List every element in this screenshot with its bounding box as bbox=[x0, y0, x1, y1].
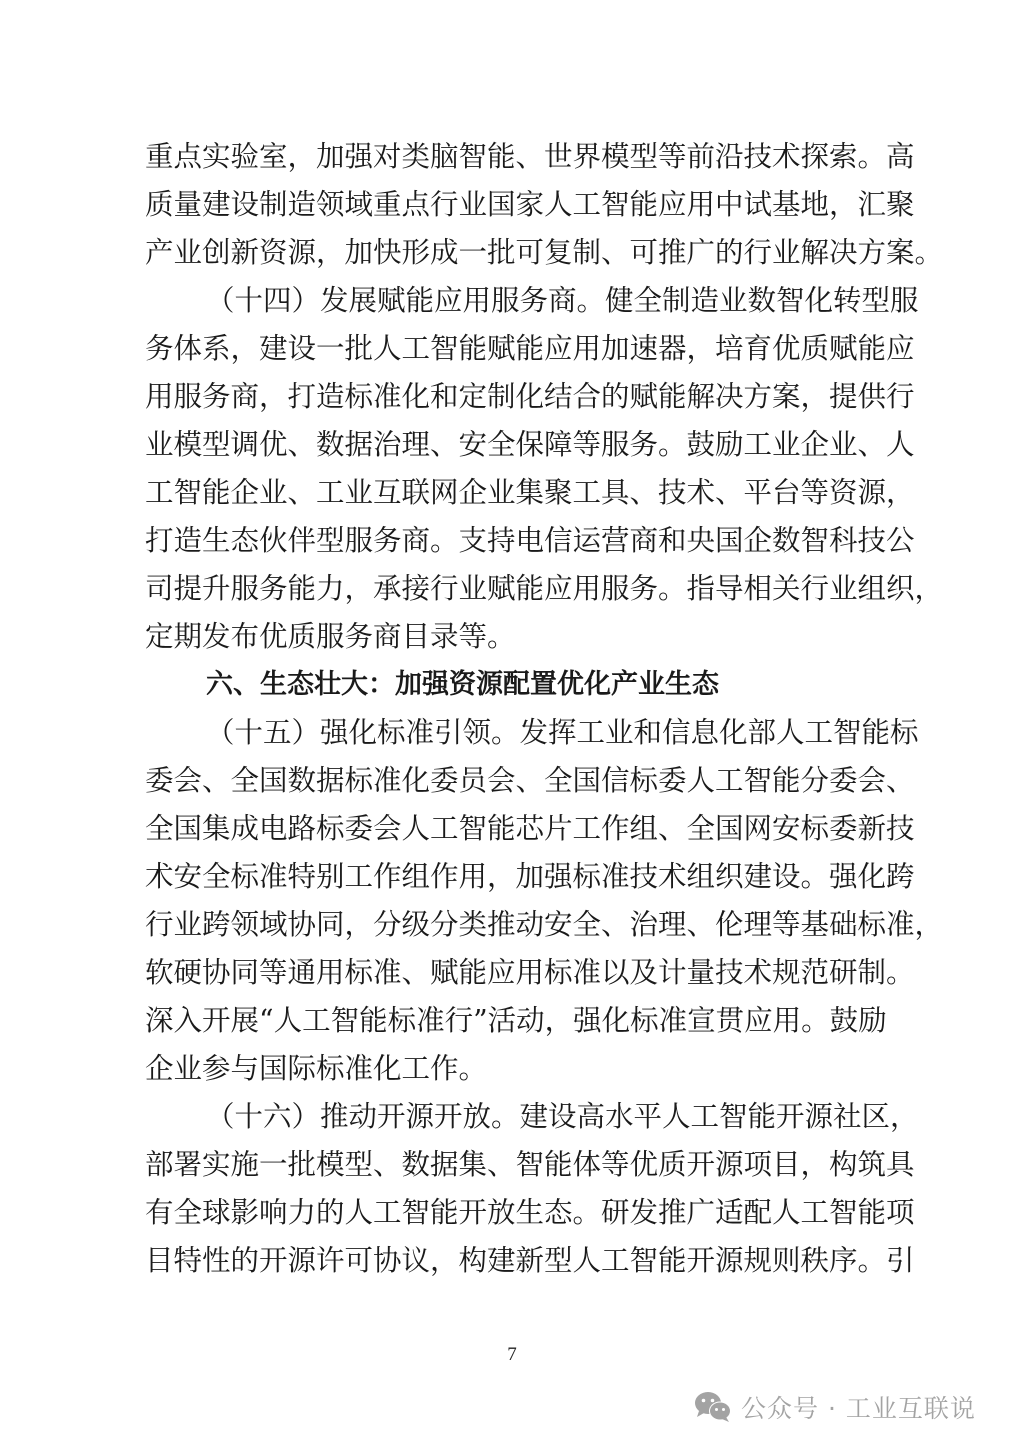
text-line: 全国集成电路标委会人工智能芯片工作组、全国网安标委新技 bbox=[145, 808, 879, 856]
text-line: 业模型调优、数据治理、安全保障等服务。鼓励工业企业、人 bbox=[145, 424, 879, 472]
text-line: 质量建设制造领域重点行业国家人工智能应用中试基地，汇聚 bbox=[145, 184, 879, 232]
text-line: 深入开展“人工智能标准行”活动，强化标准宣贯应用。鼓励 bbox=[145, 1000, 879, 1048]
text-line: 行业跨领域协同，分级分类推动安全、治理、伦理等基础标准， bbox=[145, 904, 879, 952]
text-line: 用服务商，打造标准化和定制化结合的赋能解决方案，提供行 bbox=[145, 376, 879, 424]
text-line: 软硬协同等通用标准、赋能应用标准以及计量技术规范研制。 bbox=[145, 952, 879, 1000]
text-line: 产业创新资源，加快形成一批可复制、可推广的行业解决方案。 bbox=[145, 232, 879, 280]
page-number: 7 bbox=[0, 1344, 1024, 1366]
document-page: 重点实验室，加强对类脑智能、世界模型等前沿技术探索。高 质量建设制造领域重点行业… bbox=[145, 136, 879, 1288]
text-line: 打造生态伙伴型服务商。支持电信运营商和央国企数智科技公 bbox=[145, 520, 879, 568]
text-line: 重点实验室，加强对类脑智能、世界模型等前沿技术探索。高 bbox=[145, 136, 879, 184]
text-line: 目特性的开源许可协议，构建新型人工智能开源规则秩序。引 bbox=[145, 1240, 879, 1288]
text-line: 有全球影响力的人工智能开放生态。研发推广适配人工智能项 bbox=[145, 1192, 879, 1240]
paragraph-14-start: （十四）发展赋能应用服务商。健全制造业数智化转型服 bbox=[145, 280, 879, 328]
text-line: 工智能企业、工业互联网企业集聚工具、技术、平台等资源， bbox=[145, 472, 879, 520]
text-line: 定期发布优质服务商目录等。 bbox=[145, 616, 879, 664]
paragraph-16-start: （十六）推动开源开放。建设高水平人工智能开源社区， bbox=[145, 1096, 879, 1144]
text-line: 委会、全国数据标准化委员会、全国信标委人工智能分委会、 bbox=[145, 760, 879, 808]
text-line: 企业参与国际标准化工作。 bbox=[145, 1048, 879, 1096]
watermark-text: 公众号 · 工业互联说 bbox=[741, 1389, 976, 1425]
section-heading: 六、生态壮大：加强资源配置优化产业生态 bbox=[145, 664, 879, 712]
watermark: 公众号 · 工业互联说 bbox=[693, 1387, 976, 1427]
text-line: 司提升服务能力，承接行业赋能应用服务。指导相关行业组织， bbox=[145, 568, 879, 616]
text-line: 务体系，建设一批人工智能赋能应用加速器，培育优质赋能应 bbox=[145, 328, 879, 376]
text-line: 术安全标准特别工作组作用，加强标准技术组织建设。强化跨 bbox=[145, 856, 879, 904]
wechat-icon bbox=[693, 1390, 733, 1424]
paragraph-15-start: （十五）强化标准引领。发挥工业和信息化部人工智能标 bbox=[145, 712, 879, 760]
text-line: 部署实施一批模型、数据集、智能体等优质开源项目，构筑具 bbox=[145, 1144, 879, 1192]
